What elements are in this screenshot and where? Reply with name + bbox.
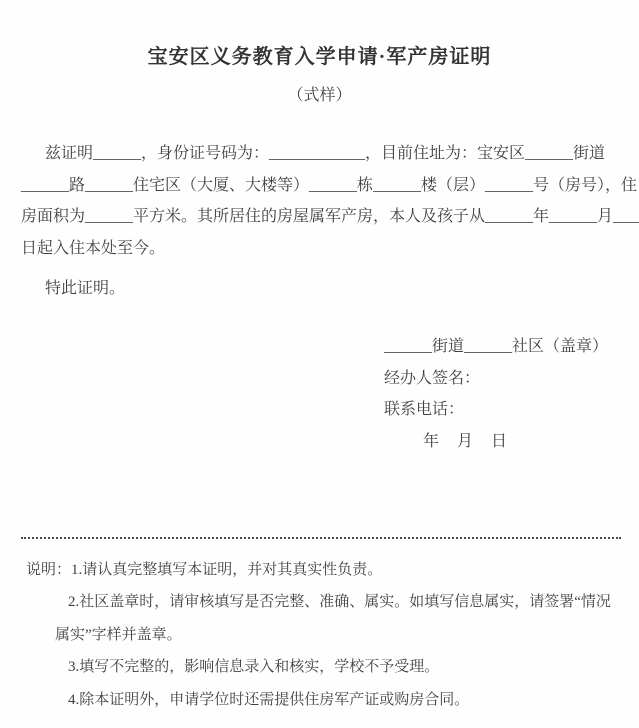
body-line-1: 兹证明______，身份证号码为：____________，目前住址为：宝安区_… — [21, 138, 623, 170]
body-line-4: 日起入住本处至今。 — [21, 233, 623, 265]
date-line: 年 月 日 — [423, 426, 608, 458]
document-page: 宝安区义务教育入学申请·军产房证明 （式样） 兹证明______，身份证号码为：… — [0, 0, 639, 728]
stamp-line: ______街道______社区（盖章） — [384, 331, 608, 363]
note-item-1: 1.请认真完整填写本证明，并对其真实性负责。 — [71, 562, 382, 578]
certificate-body: 兹证明______，身份证号码为：____________，目前住址为：宝安区_… — [21, 138, 623, 264]
note-item-2: 2.社区盖章时，请审核填写是否完整、准确、属实。如填写信息属实，请签署“情况 — [26, 586, 622, 618]
notes-section: 说明：1.请认真完整填写本证明，并对其真实性负责。 2.社区盖章时，请审核填写是… — [26, 554, 622, 716]
notes-label: 说明： — [26, 562, 71, 578]
signature-block: ______街道______社区（盖章） 经办人签名： 联系电话： 年 月 日 — [384, 331, 608, 458]
closing-statement: 特此证明。 — [45, 275, 125, 298]
note-item-2-continued: 属实”字样并盖章。 — [26, 619, 622, 651]
dotted-separator — [21, 537, 621, 539]
body-line-3: 房面积为______平方米。其所居住的房屋属军产房，本人及孩子从______年_… — [21, 201, 623, 233]
page-subtitle: （式样） — [0, 82, 639, 105]
contact-phone-label: 联系电话： — [384, 394, 608, 426]
note-item-1-row: 说明：1.请认真完整填写本证明，并对其真实性负责。 — [26, 554, 622, 586]
body-line-2: ______路______住宅区（大厦、大楼等）______栋______楼（层… — [21, 170, 623, 202]
handler-signature-label: 经办人签名： — [384, 363, 608, 395]
page-title: 宝安区义务教育入学申请·军产房证明 — [0, 40, 639, 69]
note-item-3: 3.填写不完整的，影响信息录入和核实，学校不予受理。 — [26, 651, 622, 683]
note-item-4: 4.除本证明外，申请学位时还需提供住房军产证或购房合同。 — [26, 684, 622, 716]
